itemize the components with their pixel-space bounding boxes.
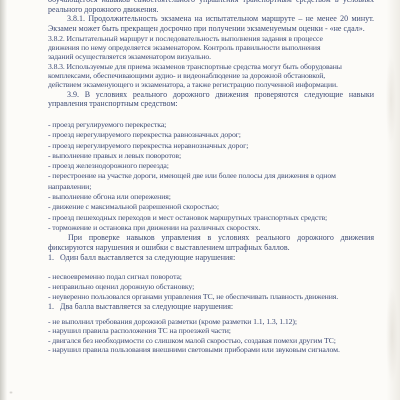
list-item: - не выполнил требования дорожной размет…	[48, 317, 374, 327]
list-item: - несвоевременно подал сигнал поворота;	[48, 272, 374, 282]
paragraph-3-8-3: 3.8.3. Используемые для приема экзаменов…	[48, 62, 344, 90]
list-item: - проезд регулируемого перекрестка;	[48, 120, 374, 130]
two-point-heading: 1. Два балла выставляется за следующие н…	[48, 302, 374, 312]
scanned-document-page: обучающегося навыков самостоятельного уп…	[0, 0, 400, 400]
paragraph-penalty-intro: При проверке навыков управления в услови…	[48, 233, 374, 253]
list-item: - торможение и остановка при движении на…	[48, 223, 374, 233]
document-text: обучающегося навыков самостоятельного уп…	[48, 0, 374, 355]
list-item: - двигался без необходимости со слишком …	[48, 336, 374, 346]
one-point-heading: 1. Один балл выставляется за следующие н…	[48, 253, 374, 263]
skills-list: - проезд регулируемого перекрестка; - пр…	[48, 120, 374, 233]
list-item: - нарушил правила пользования внешними с…	[48, 345, 374, 355]
list-item: - проезд железнодорожного переезда;	[48, 161, 374, 171]
scan-shadow-left-edge	[0, 0, 8, 400]
two-point-list: - не выполнил требования дорожной размет…	[48, 317, 374, 355]
list-item: - движение с максимальной разрешенной ск…	[48, 202, 374, 212]
list-item: - проезд пешеходных переходов и мест ост…	[48, 213, 374, 223]
list-item: - перестроение на участке дороги, имеюще…	[48, 171, 374, 192]
list-item: - выполнение правых и левых поворотов;	[48, 151, 374, 161]
paragraph-intro-fragment: обучающегося навыков самостоятельного уп…	[48, 0, 374, 14]
one-point-list: - несвоевременно подал сигнал поворота; …	[48, 272, 374, 302]
paragraph-3-9: 3.9. В условиях реального дорожного движ…	[48, 90, 374, 109]
scan-blotch	[384, 40, 398, 160]
scan-speck	[9, 391, 13, 394]
paragraph-3-8-2: 3.8.2. Испытательный маршрут и последова…	[48, 34, 344, 62]
list-item: - проезд нерегулируемого перекрестка нер…	[48, 141, 374, 151]
list-item: - выполнение обгона или опережения;	[48, 192, 374, 202]
scan-blotch	[384, 270, 400, 400]
list-item: - нарушил правила расположения ТС на про…	[48, 326, 374, 336]
paragraph-3-8-1: 3.8.1. Продолжительность экзамена на исп…	[48, 14, 374, 33]
scan-artifact-right-edge	[384, 0, 400, 400]
list-item: - проезд нерегулируемого перекрестка рав…	[48, 130, 374, 140]
list-item: - неуверенно пользовался органами управл…	[48, 292, 374, 302]
list-item: - неправильно оценил дорожную обстановку…	[48, 282, 374, 292]
